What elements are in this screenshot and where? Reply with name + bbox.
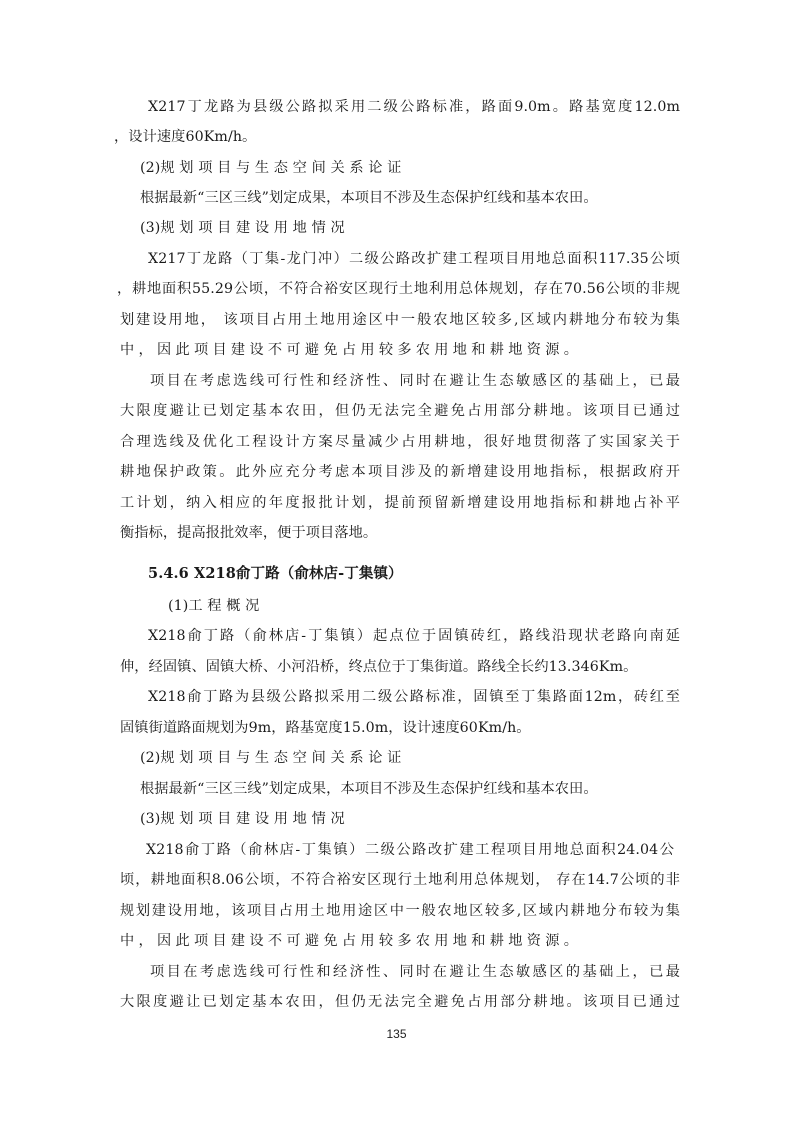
paragraph-line: 根据最新“三区三线”划定成果，本项目不涉及生态保护红线和基本农田。 — [140, 778, 705, 800]
paragraph-line: X218俞丁路（俞林店-丁集镇）起点位于固镇砖红，路线沿现状老路向南延 — [148, 625, 680, 647]
subsection-heading: (2)规 划 项 目 与 生 态 空 间 关 系 论 证 — [140, 747, 705, 769]
paragraph-line: X217丁龙路（丁集-龙门冲）二级公路改扩建工程项目用地总面积117.35公顷 — [148, 248, 680, 270]
paragraph-line: 大限度避让已划定基本农田，但仍无法完全避免占用部分耕地。该项目已通过 — [120, 400, 680, 422]
paragraph-line: 规划建设用地，该项目占用土地用途区中一般农地区较多,区域内耕地分布较为集 — [120, 900, 680, 922]
paragraph-line: 项目在考虑选线可行性和经济性、同时在避让生态敏感区的基础上，已最 — [150, 370, 680, 392]
paragraph-line: 耕地保护政策。此外应充分考虑本项目涉及的新增建设用地指标，根据政府开 — [120, 461, 680, 483]
paragraph-line: ，耕地面积55.29公顷，不符合裕安区现行土地利用总体规划，存在70.56公顷的… — [117, 278, 680, 300]
paragraph-line: ，设计速度60Km/h。 — [114, 126, 679, 148]
paragraph-line: 衡指标，提高报批效率，便于项目落地。 — [120, 522, 685, 544]
section-heading: 5.4.6 X218俞丁路（俞林店-丁集镇） — [148, 563, 713, 585]
paragraph-line: 大限度避让已划定基本农田，但仍无法完全避免占用部分耕地。该项目已通过 — [120, 991, 680, 1013]
page-number: 135 — [0, 1027, 793, 1041]
paragraph-line: 伸，经固镇、固镇大桥、小河沿桥，终点位于丁集街道。路线全长约13.346Km。 — [120, 656, 685, 678]
paragraph-line: 划建设用地， 该项目占用土地用途区中一般农地区较多,区域内耕地分布较为集 — [120, 309, 680, 331]
subsection-heading: (1)工 程 概 况 — [168, 595, 733, 617]
paragraph-line: 根据最新“三区三线”划定成果，本项目不涉及生态保护红线和基本农田。 — [140, 187, 705, 209]
paragraph-line: 工计划，纳入相应的年度报批计划，提前预留新增建设用地指标和耕地占补平 — [120, 492, 680, 514]
document-page: X217丁龙路为县级公路拟采用二级公路标准，路面9.0m。路基宽度12.0m ，… — [0, 0, 793, 1122]
paragraph-line: 项目在考虑选线可行性和经济性、同时在避让生态敏感区的基础上，已最 — [150, 961, 680, 983]
paragraph-line: X217丁龙路为县级公路拟采用二级公路标准，路面9.0m。路基宽度12.0m — [148, 96, 680, 118]
paragraph-line: 顷，耕地面积8.06公顷，不符合裕安区现行土地利用总体规划， 存在14.7公顷的… — [120, 869, 680, 891]
subsection-heading: (2)规 划 项 目 与 生 态 空 间 关 系 论 证 — [140, 157, 705, 179]
subsection-heading: (3)规 划 项 目 建 设 用 地 情 况 — [140, 808, 705, 830]
paragraph-line: 中，因此项目建设不可避免占用较多农用地和耕地资源。 — [120, 930, 685, 952]
paragraph-line: X218俞丁路（俞林店-丁集镇）二级公路改扩建工程项目用地总面积24.04公 — [146, 839, 674, 861]
subsection-heading: (3)规 划 项 目 建 设 用 地 情 况 — [140, 217, 705, 239]
paragraph-line: X218俞丁路为县级公路拟采用二级公路标准，固镇至丁集路面12m，砖红至 — [148, 686, 680, 708]
paragraph-line: 中，因此项目建设不可避免占用较多农用地和耕地资源。 — [120, 339, 685, 361]
paragraph-line: 合理选线及优化工程设计方案尽量减少占用耕地，很好地贯彻落了实国家关于 — [120, 431, 680, 453]
paragraph-line: 固镇街道路面规划为9m，路基宽度15.0m，设计速度60Km/h。 — [120, 717, 685, 739]
